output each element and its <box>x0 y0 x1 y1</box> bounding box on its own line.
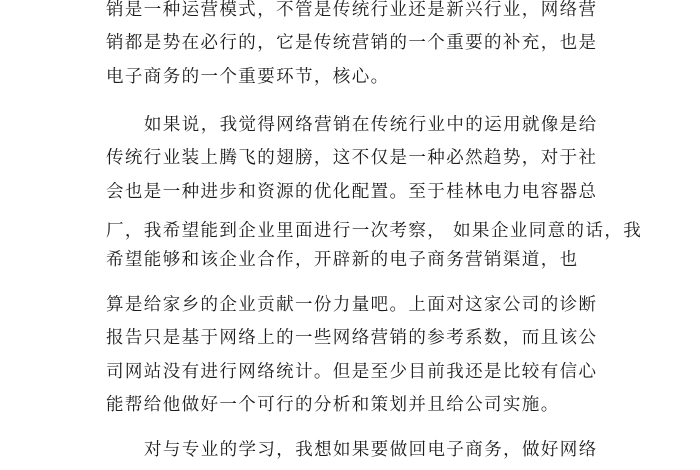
text-line-11: 司网站没有进行网络统计。但是至少目前我还是比较有信心 <box>106 361 597 383</box>
text-line-8: 希望能够和该企业合作，开辟新的电子商务营销渠道，也 <box>106 249 579 271</box>
text-line-6: 会也是一种进步和资源的优化配置。至于桂林电力电容器总 <box>106 181 597 203</box>
text-line-2: 销都是势在必行的，它是传统营销的一个重要的补充，也是 <box>106 32 597 54</box>
text-line-1: 销是一种运营模式，不管是传统行业还是新兴行业，网络营 <box>106 0 597 21</box>
text-line-12: 能帮给他做好一个可行的分析和策划并且给公司实施。 <box>106 394 560 416</box>
text-line-9: 算是给家乡的企业贡献一份力量吧。上面对这家公司的诊断 <box>106 294 597 316</box>
document-page: 销是一种运营模式，不管是传统行业还是新兴行业，网络营 销都是势在必行的，它是传统… <box>0 0 700 470</box>
text-line-4: 如果说，我觉得网络营销在传统行业中的运用就像是给 <box>144 114 598 136</box>
text-line-7: 厂，我希望能到企业里面进行一次考察， 如果企业同意的话，我 <box>106 220 642 242</box>
text-line-13: 对与专业的学习，我想如果要做回电子商务，做好网络 <box>144 439 598 461</box>
text-line-10: 报告只是基于网络上的一些网络营销的参考系数，而且该公 <box>106 327 597 349</box>
text-line-5: 传统行业装上腾飞的翅膀，这不仅是一种必然趋势，对于社 <box>106 147 597 169</box>
text-line-3: 电子商务的一个重要环节，核心。 <box>106 66 390 88</box>
